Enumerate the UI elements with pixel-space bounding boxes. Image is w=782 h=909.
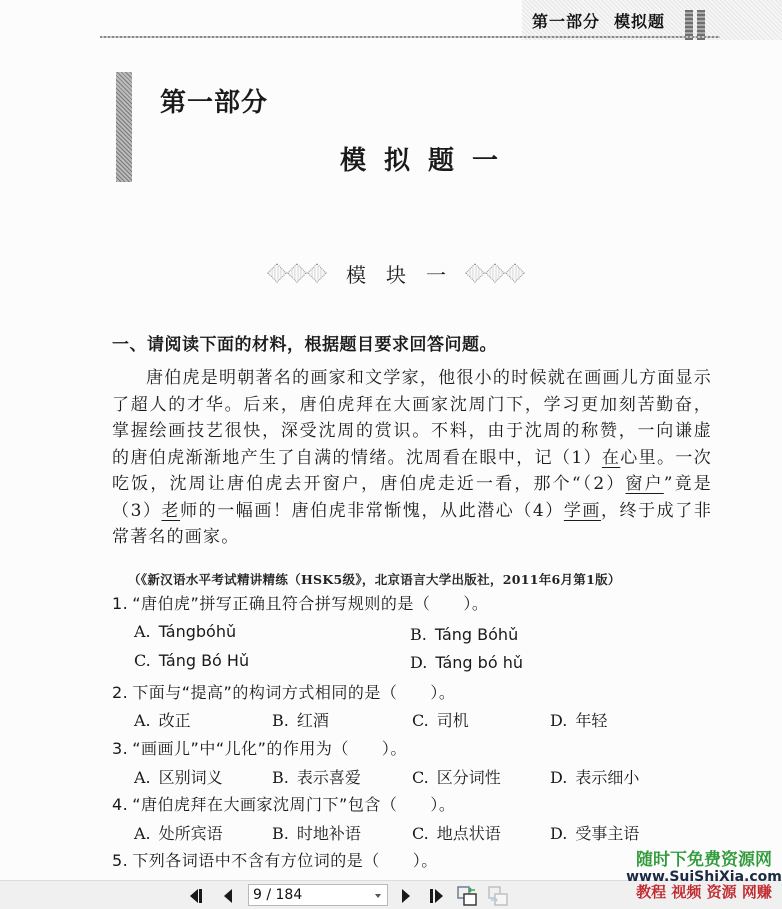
option-letter: A. [134,824,151,843]
passage-text: 师的一幅画！唐伯虎非常惭愧，从此潜心（4） [180,501,564,521]
site-watermark: 随时下免费资源网 www.SuiShiXia.com 教程 视频 资源 网赚 [626,852,782,900]
header-text: 第一部分模拟题 [532,9,665,32]
question-text: “唐伯虎”拼写正确且符合拼写规则的是（ ）。 [132,594,488,613]
option-text: 处所宾语 [159,824,223,843]
part-bar-decoration [116,72,132,182]
fit-page-button[interactable] [455,886,479,906]
watermark-line3: 教程 视频 资源 网赚 [626,885,782,900]
question-number: 5. [112,851,128,870]
exam-title: 模拟题一 [340,140,516,177]
option-3a: A.区别词义 [134,765,223,788]
question-text: 下面与“提高”的构词方式相同的是（ ）。 [132,683,455,702]
next-page-icon [401,888,411,904]
two-page-view-button[interactable] [486,886,510,906]
previous-page-button[interactable] [220,886,236,906]
option-letter: D. [550,768,567,787]
option-4b: B.时地补语 [272,821,361,844]
option-letter: A. [134,768,151,787]
question-number: 4. [112,795,128,814]
option-text: 地点状语 [437,824,501,843]
diamond-ornament-left-icon [270,266,324,280]
option-1d: D.Táng bó hǔ [410,653,523,672]
page-number-select[interactable]: 9 / 184 [248,884,388,906]
option-2b: B.红酒 [272,708,329,731]
option-4a: A.处所宾语 [134,821,223,844]
option-3b: B.表示喜爱 [272,765,361,788]
option-text: 受事主语 [575,824,639,843]
previous-page-icon [223,888,233,904]
header-rule [100,36,720,38]
question-2: 2.下面与“提高”的构词方式相同的是（ ）。 [112,680,455,703]
skip-to-last-icon [427,888,445,904]
running-header: 第一部分模拟题 [100,0,782,42]
question-text: 下列各词语中不含有方位词的是（ ）。 [132,851,438,870]
option-letter: C. [412,824,429,843]
option-letter: B. [272,711,289,730]
option-text: 区分词性 [437,768,501,787]
module-title: 模块一 [346,259,466,288]
option-2c: C.司机 [412,708,469,731]
skip-to-first-icon [189,888,207,904]
first-page-button[interactable] [188,886,208,906]
two-page-view-icon [487,885,509,907]
option-text: 改正 [159,711,191,730]
option-letter: D. [550,824,567,843]
option-letter: C. [134,651,151,670]
option-text: 表示喜爱 [297,768,361,787]
option-letter: B. [410,625,427,644]
option-letter: A. [134,711,151,730]
option-3c: C.区分词性 [412,765,501,788]
underlined-word-2: 窗户 [625,474,663,494]
source-citation: （《新汉语水平考试精讲精练（HSK5级》，北京语言大学出版社，2011年6月第1… [128,570,621,588]
fit-page-icon [456,885,478,907]
underlined-word-4: 学画 [564,501,601,521]
option-2a: A.改正 [134,708,191,731]
option-4c: C.地点状语 [412,821,501,844]
option-letter: D. [410,653,427,672]
watermark-url: www.SuiShiXia.com [626,870,782,884]
option-text: Táng bó hǔ [435,653,523,672]
option-letter: C. [412,768,429,787]
part-title: 第一部分 [160,82,268,119]
option-text: 红酒 [297,711,329,730]
watermark-line1: 随时下免费资源网 [626,852,782,869]
question-text: “画画儿”中“儿化”的作用为（ ）。 [132,739,407,758]
page-number-value: 9 / 184 [253,887,302,903]
header-section: 模拟题 [614,12,665,31]
option-text: Táng Bó Hǔ [159,651,249,670]
question-number: 2. [112,683,128,702]
option-text: 司机 [437,711,469,730]
document-page: 第一部分模拟题 第一部分 模拟题一 模块一 一、请阅读下面的材料，根据题目要求回… [0,0,782,880]
last-page-button[interactable] [426,886,446,906]
next-page-button[interactable] [398,886,414,906]
option-1b: B.Táng Bóhǔ [410,625,518,644]
option-letter: B. [272,768,289,787]
option-letter: C. [412,711,429,730]
diamond-ornament-right-icon [468,266,522,280]
option-4d: D.受事主语 [550,821,639,844]
dropdown-caret-icon [375,894,381,898]
option-letter: A. [134,622,151,641]
underlined-word-1: 在 [602,448,620,468]
option-3d: D.表示细小 [550,765,639,788]
question-4: 4.“唐伯虎拜在大画家沈周门下”包含（ ）。 [112,792,455,815]
question-number: 3. [112,739,128,758]
question-5: 5.下列各词语中不含有方位词的是（ ）。 [112,848,438,871]
reading-passage: 唐伯虎是明朝著名的画家和文学家，他很小的时候就在画画儿方面显示了超人的才华。后来… [112,365,712,551]
module-heading: 模块一 [270,258,522,288]
option-text: 年轻 [575,711,607,730]
option-1a: A.Tángbóhǔ [134,622,236,641]
option-text: 时地补语 [297,824,361,843]
option-text: 区别词义 [159,768,223,787]
question-text: “唐伯虎拜在大画家沈周门下”包含（ ）。 [132,795,455,814]
option-letter: D. [550,711,567,730]
question-3: 3.“画画儿”中“儿化”的作用为（ ）。 [112,736,407,759]
question-number: 1. [112,594,128,613]
question-1: 1.“唐伯虎”拼写正确且符合拼写规则的是（ ）。 [112,591,488,614]
underlined-word-3: 老 [162,501,181,521]
option-text: 表示细小 [575,768,639,787]
section-instruction: 一、请阅读下面的材料，根据题目要求回答问题。 [112,330,497,355]
header-part: 第一部分 [532,12,600,31]
option-2d: D.年轻 [550,708,607,731]
option-text: Tángbóhǔ [159,622,236,641]
option-1c: C.Táng Bó Hǔ [134,651,249,670]
option-text: Táng Bóhǔ [435,625,518,644]
option-letter: B. [272,824,289,843]
